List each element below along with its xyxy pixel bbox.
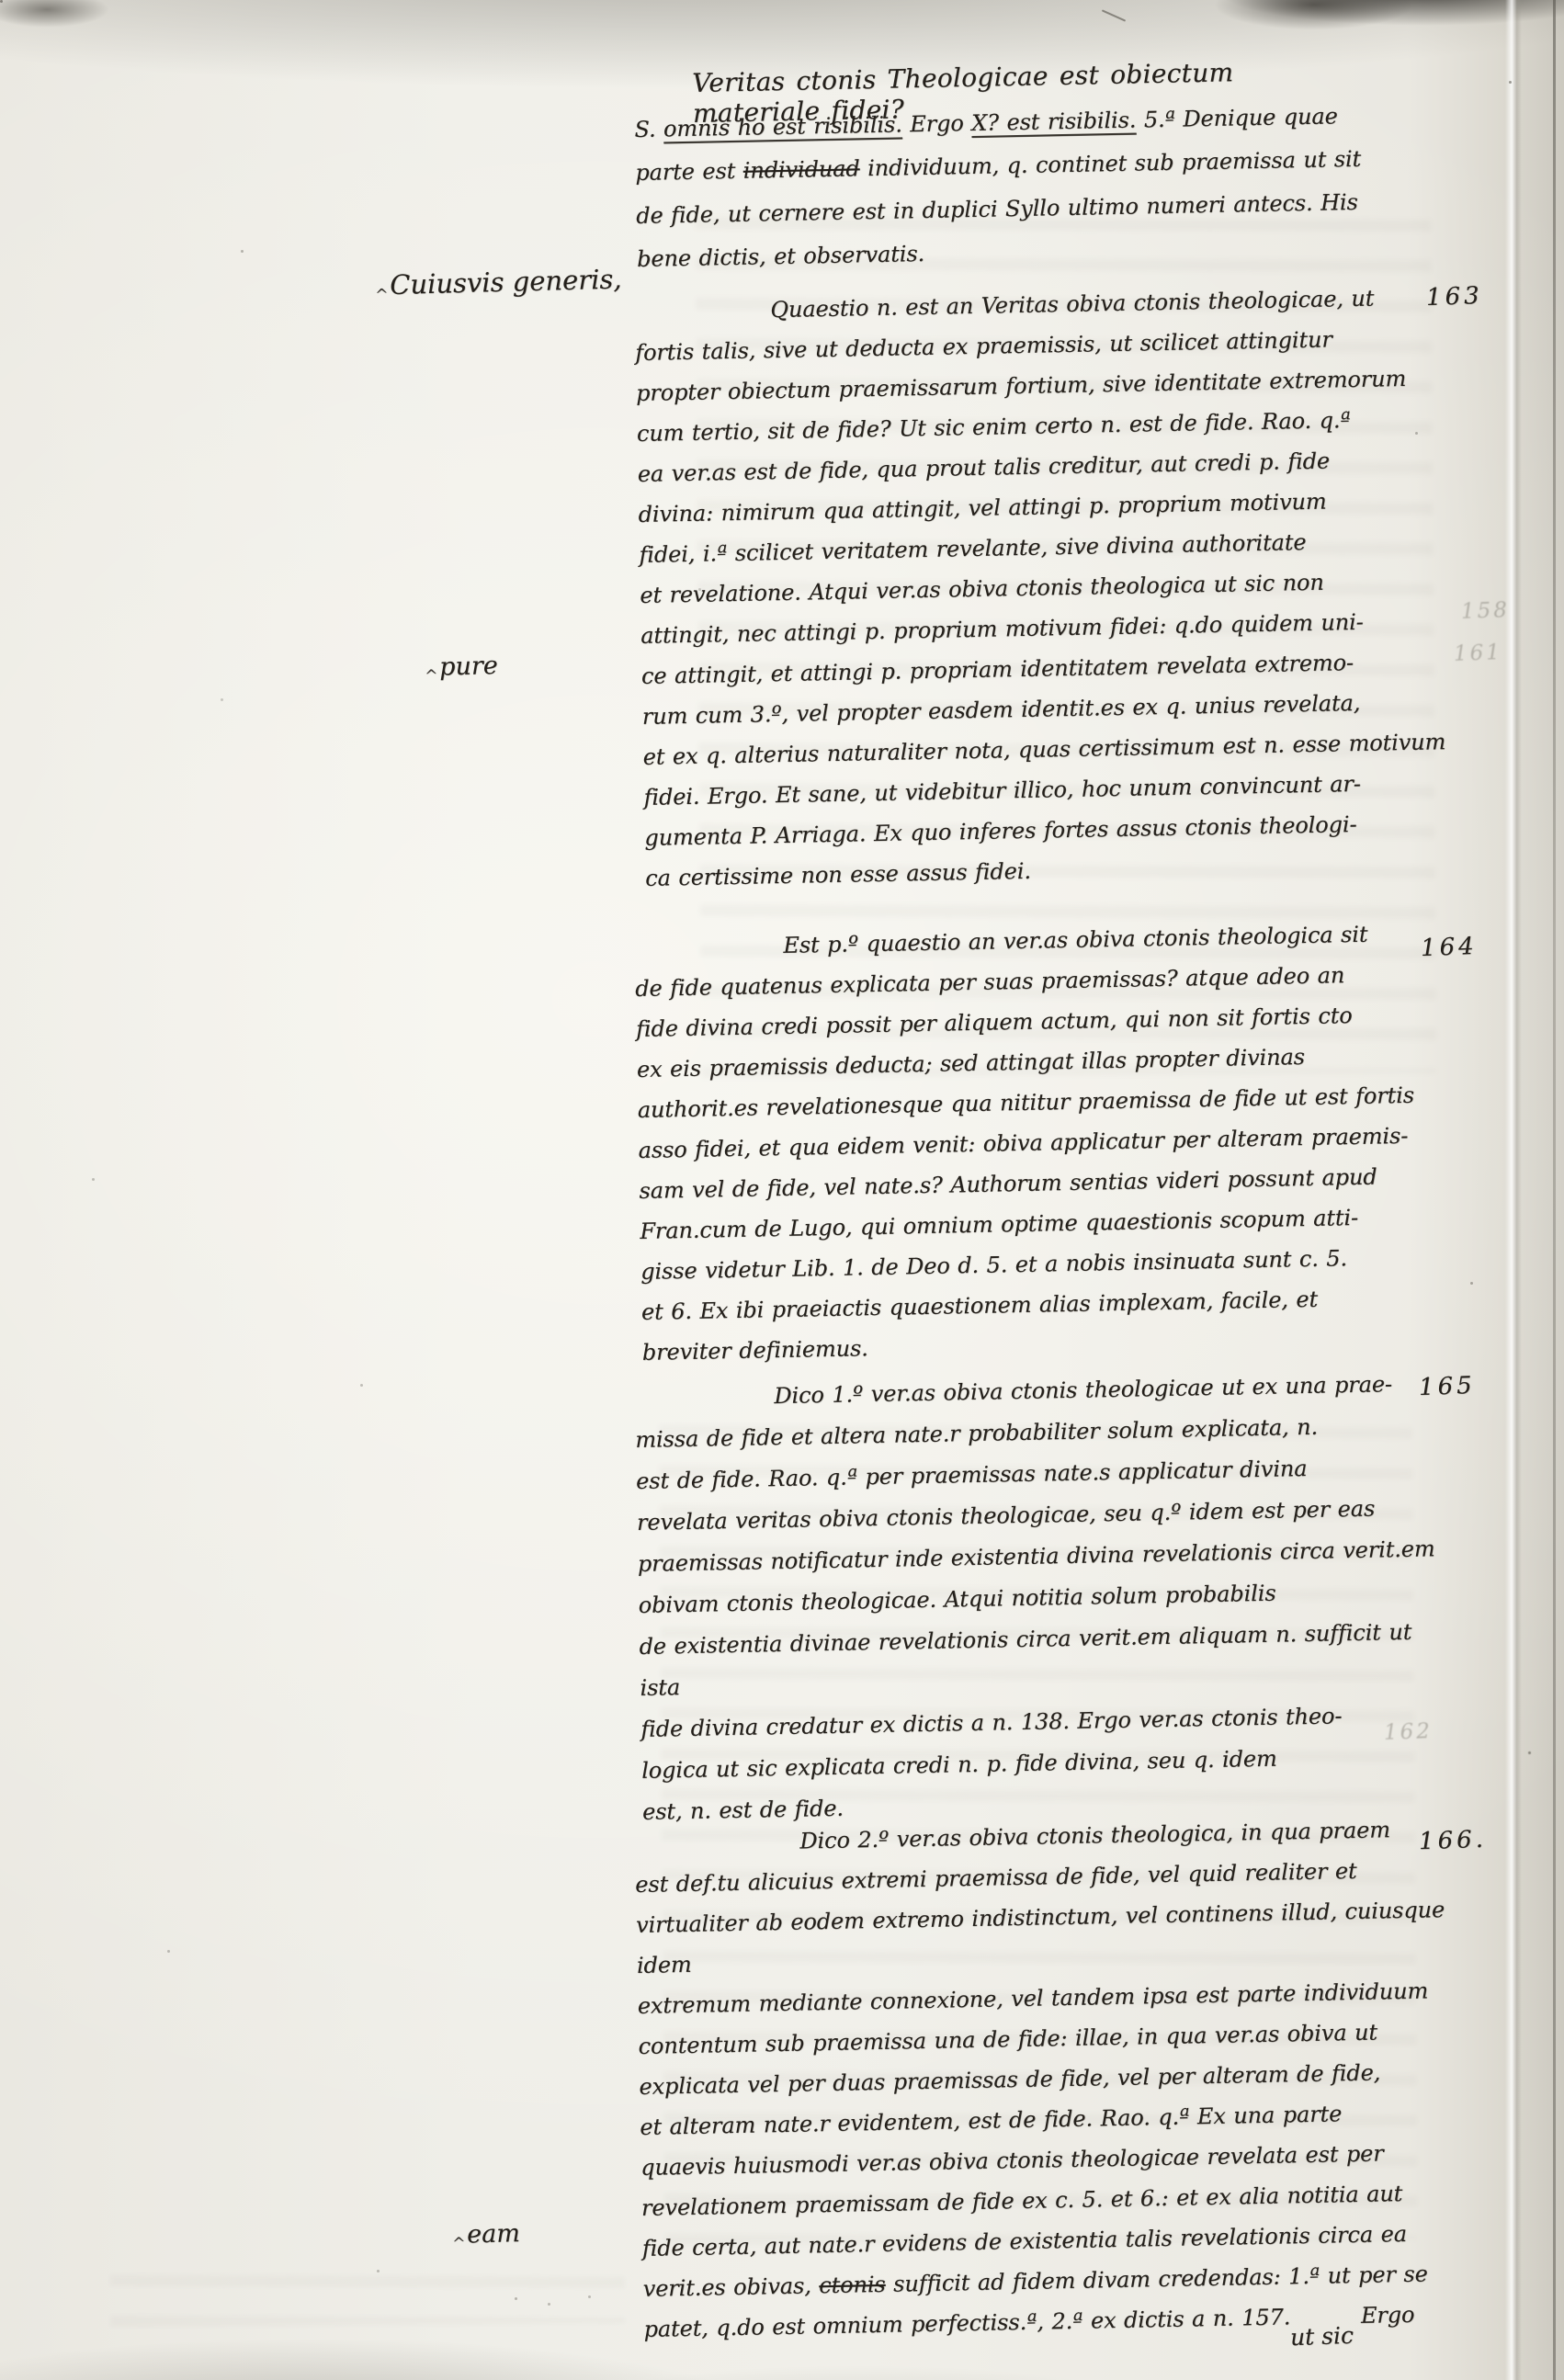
margin-note-text: eam [467, 2219, 520, 2249]
paragraph-166: Dico 2.º ver.as obiva ctonis theologica,… [634, 1808, 1462, 2350]
paragraph-166-text: Dico 2.º ver.as obiva ctonis theologica,… [635, 1817, 1445, 2302]
paragraph-164: Est p.º quaestio an ver.as obiva ctonis … [634, 912, 1460, 1373]
margin-number-166: 166. [1418, 1826, 1487, 1856]
margin-number-165: 165 [1418, 1372, 1476, 1401]
page-edge-shadow [1553, 0, 1556, 2380]
manuscript-page: Veritas ctonis Theologicae est obiectum … [0, 0, 1564, 2380]
margin-note-cuiusvis-generis: ^Cuiusvis generis, [375, 263, 622, 304]
paragraph-163: Quaestio n. est an Veritas obiva ctonis … [634, 277, 1464, 899]
margin-number-163: 163 [1425, 282, 1483, 312]
margin-note-text: Cuiusvis generis, [390, 263, 622, 300]
verso-bleedthrough [110, 2259, 625, 2327]
catchword: ut sic [1290, 2322, 1354, 2351]
insertion-caret-mark: ^ [375, 286, 389, 304]
struck-word: individuad [742, 155, 859, 183]
ink-specks [0, 0, 3, 3]
ink-mark [1102, 9, 1126, 21]
bleedthrough-number: 162 [1384, 1719, 1434, 1745]
insertion-caret-mark: ^ [425, 667, 438, 686]
underlined-phrase: omnis ho est risibilis. [663, 111, 902, 142]
intro-text: Ergo [901, 110, 971, 137]
intro-text: S. [634, 116, 663, 142]
margin-note-eam: ^eam [452, 2219, 521, 2253]
margin-note-pure: ^pure [425, 652, 499, 686]
paragraph-165: Dico 1.º ver.as obiva ctonis theologicae… [634, 1363, 1460, 1833]
intro-paragraph: S. omnis ho est risibilis. Ergo X? est r… [634, 93, 1455, 281]
struck-word: ctonis [819, 2272, 886, 2298]
page-fold-crease [1505, 0, 1522, 2380]
margin-note-text: pure [439, 652, 498, 682]
bleedthrough-number: 158 [1461, 598, 1511, 624]
bleedthrough-number: 161 [1454, 640, 1503, 666]
underlined-phrase: X? est risibilis. [971, 108, 1137, 136]
margin-number-164: 164 [1420, 933, 1478, 962]
insertion-caret-mark: ^ [452, 2235, 466, 2253]
